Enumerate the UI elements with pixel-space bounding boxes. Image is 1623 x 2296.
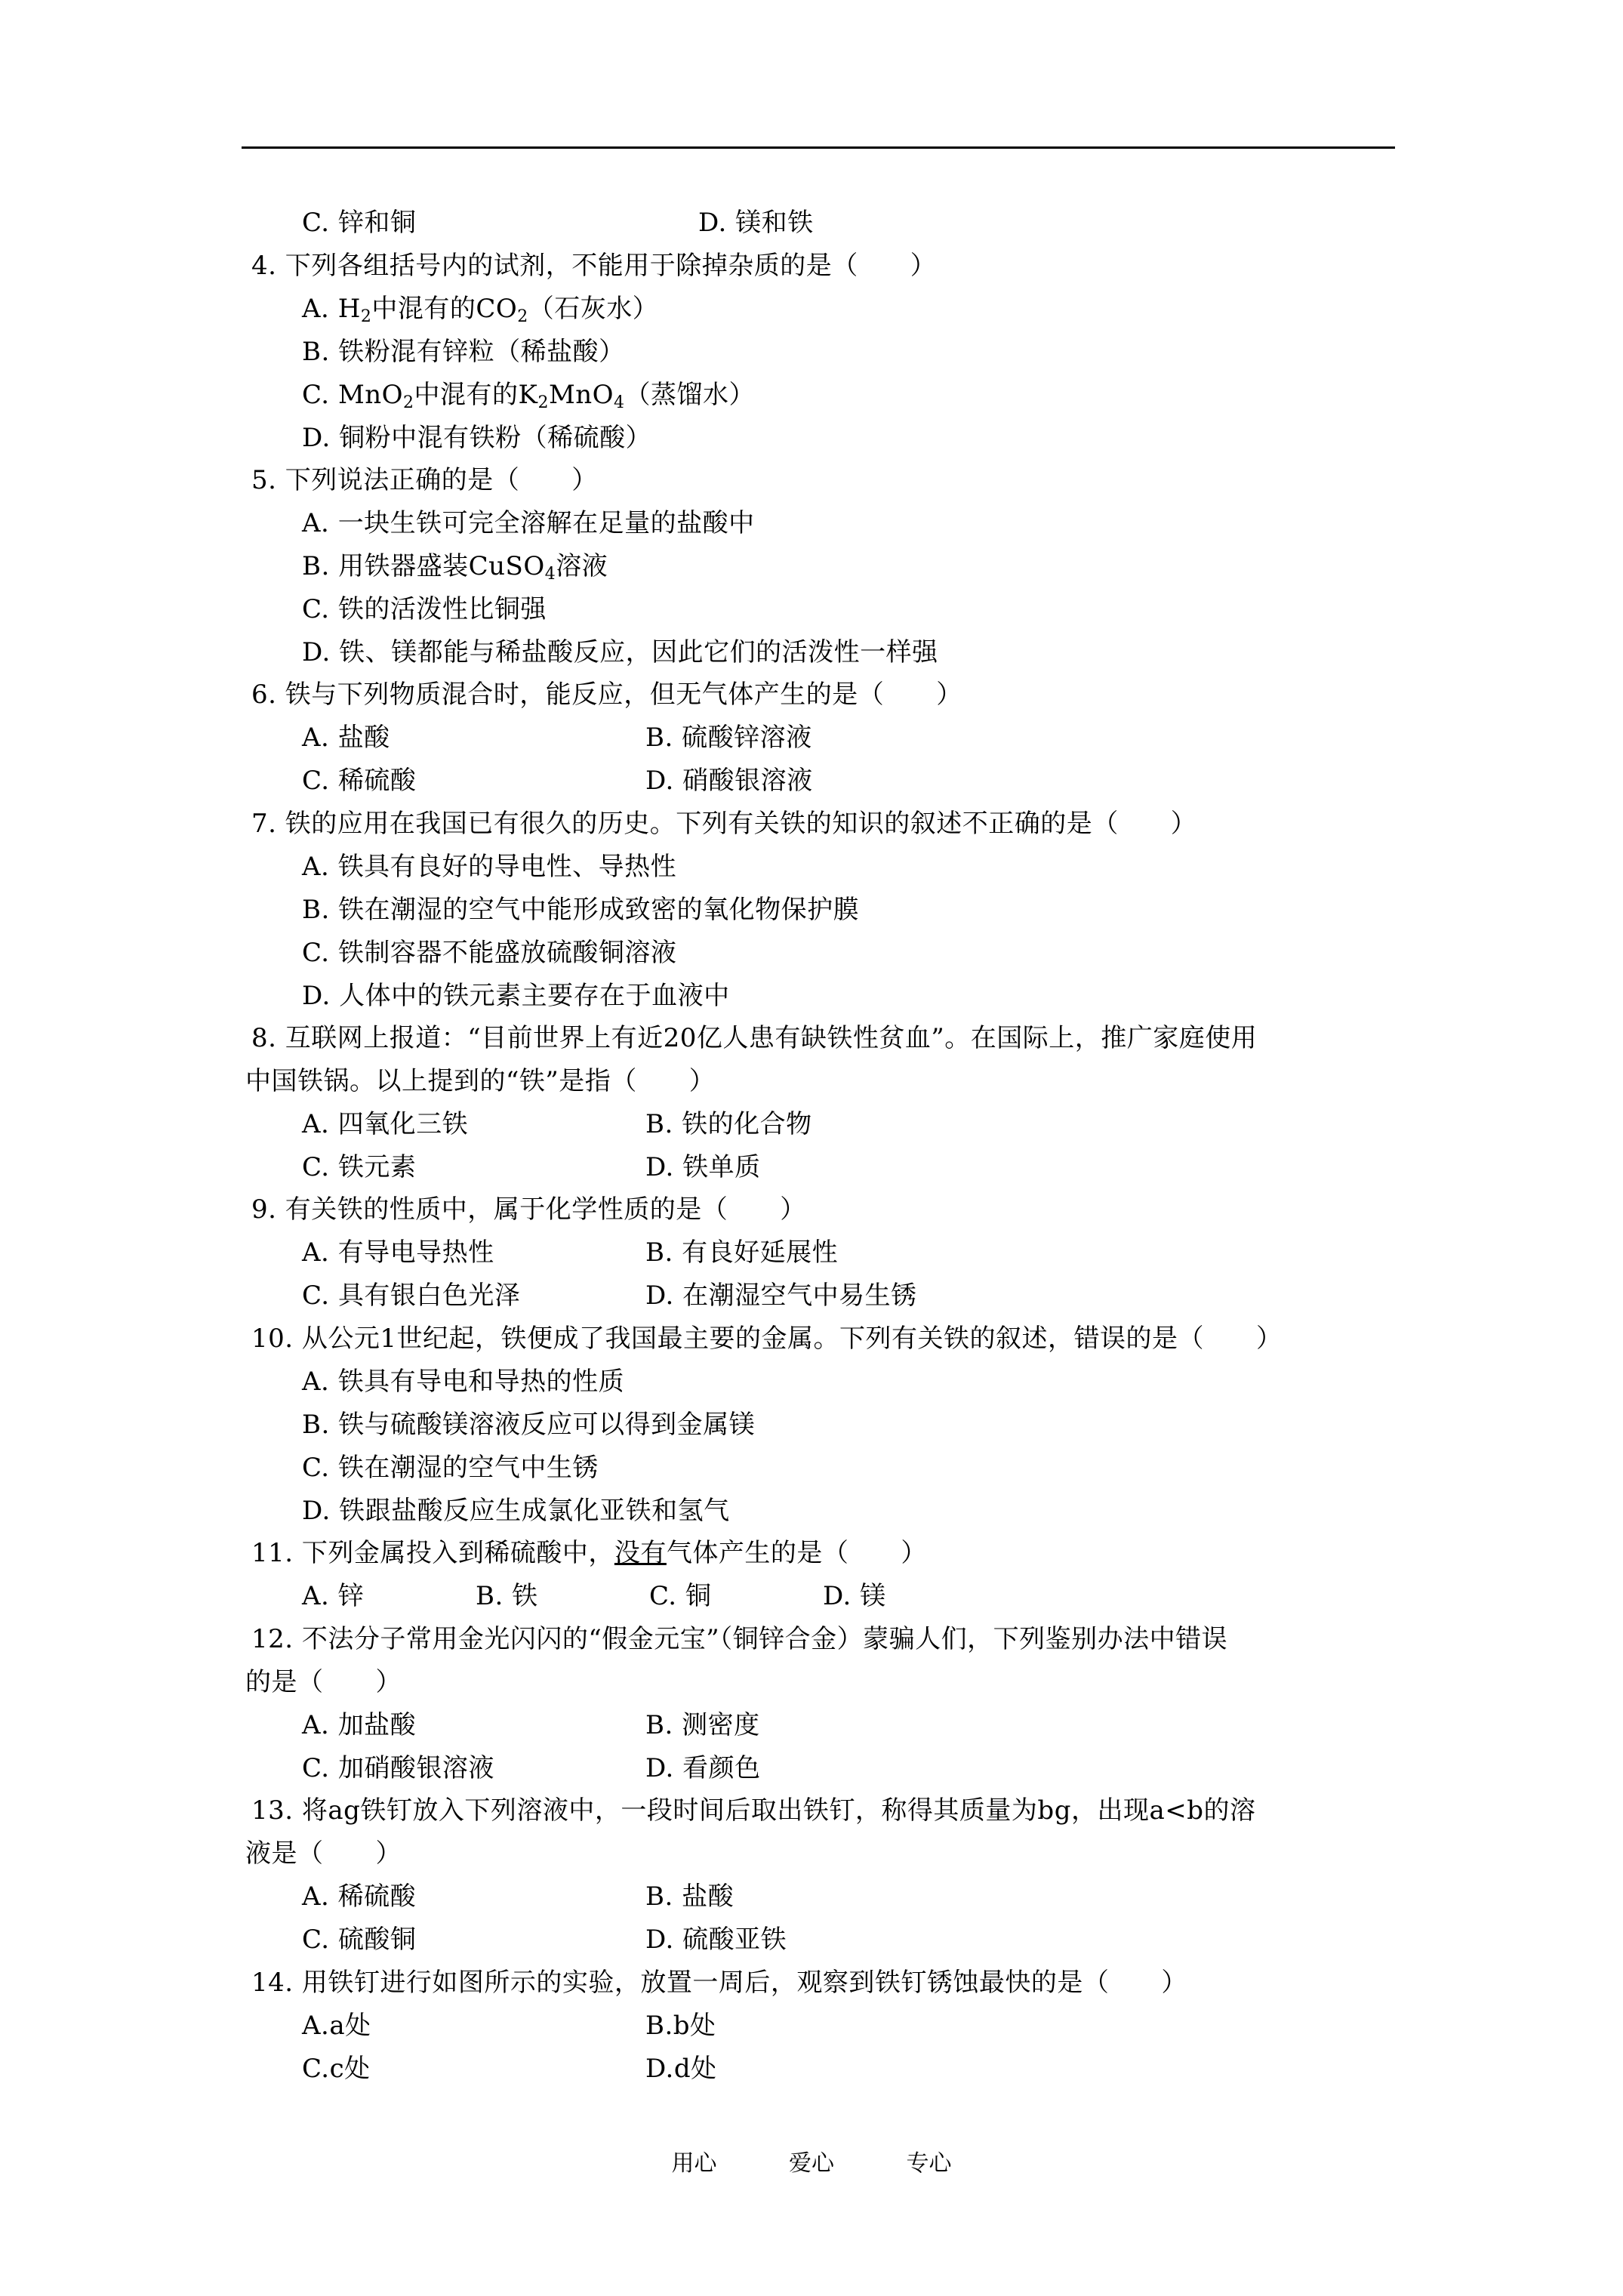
q4-option-b: B. 铁粉混有锌粒（稀盐酸） <box>302 337 625 367</box>
q13-option-a: A. 稀硫酸 <box>302 1881 416 1912</box>
q7-option-a: A. 铁具有良好的导电性、导热性 <box>302 852 676 882</box>
q11-option-a: A. 锌 <box>302 1581 364 1611</box>
q7-option-b: B. 铁在潮湿的空气中能形成致密的氧化物保护膜 <box>302 895 859 925</box>
q4-option-a: A. H2中混有的CO2（石灰水） <box>302 294 658 324</box>
q12-stem-line1: 12. 不法分子常用金光闪闪的“假金元宝”（铜锌合金）蒙骗人们，下列鉴别办法中错… <box>251 1624 1227 1654</box>
q5-option-b: B. 用铁器盛装CuSO4溶液 <box>302 551 608 581</box>
q14-option-c: C.c处 <box>302 2054 371 2084</box>
q3-option-d: D. 镁和铁 <box>698 208 814 238</box>
q11-option-b: B. 铁 <box>476 1581 538 1611</box>
q14-option-b: B.b处 <box>645 2011 716 2041</box>
q4-option-d: D. 铜粉中混有铁粉（稀硫酸） <box>302 423 651 453</box>
q10-option-d: D. 铁跟盐酸反应生成氯化亚铁和氢气 <box>302 1496 730 1526</box>
q7-option-d: D. 人体中的铁元素主要存在于血液中 <box>302 981 730 1011</box>
q6-option-c: C. 稀硫酸 <box>302 766 416 796</box>
q6-option-d: D. 硝酸银溶液 <box>645 766 813 796</box>
q14-stem: 14. 用铁钉进行如图所示的实验，放置一周后，观察到铁钉锈蚀最快的是（ ） <box>251 1968 1187 1998</box>
q9-option-c: C. 具有银白色光泽 <box>302 1281 520 1311</box>
q10-option-b: B. 铁与硫酸镁溶液反应可以得到金属镁 <box>302 1410 755 1440</box>
footer-motto-1: 用心 <box>671 2150 716 2177</box>
q9-option-a: A. 有导电导热性 <box>302 1237 494 1268</box>
q12-option-a: A. 加盐酸 <box>302 1710 416 1740</box>
q8-option-d: D. 铁单质 <box>645 1152 761 1182</box>
q10-option-c: C. 铁在潮湿的空气中生锈 <box>302 1453 599 1483</box>
q11-stem: 11. 下列金属投入到稀硫酸中，没有气体产生的是（ ） <box>251 1538 927 1568</box>
q13-stem-line2: 液是（ ） <box>245 1838 402 1869</box>
q13-stem-line1: 13. 将ag铁钉放入下列溶液中，一段时间后取出铁钉，称得其质量为bg，出现a<… <box>251 1795 1255 1826</box>
q10-stem: 10. 从公元1世纪起，铁便成了我国最主要的金属。下列有关铁的叙述，错误的是（ … <box>251 1324 1283 1354</box>
q6-option-b: B. 硫酸锌溶液 <box>645 723 812 753</box>
q8-stem-line1: 8. 互联网上报道：“目前世界上有近20亿人患有缺铁性贫血”。在国际上，推广家庭… <box>251 1023 1257 1053</box>
underlined-emphasis: 没有 <box>614 1538 667 1568</box>
q5-option-a: A. 一块生铁可完全溶解在足量的盐酸中 <box>302 508 755 538</box>
q4-option-c: C. MnO2中混有的K2MnO4（蒸馏水） <box>302 380 755 410</box>
page-footer: 用心 爱心 专心 <box>0 2144 1623 2177</box>
q9-option-b: B. 有良好延展性 <box>645 1237 838 1268</box>
q8-option-a: A. 四氧化三铁 <box>302 1109 468 1139</box>
header-rule <box>242 146 1395 149</box>
q5-option-d: D. 铁、镁都能与稀盐酸反应，因此它们的活泼性一样强 <box>302 637 938 667</box>
q6-option-a: A. 盐酸 <box>302 723 390 753</box>
q12-stem-line2: 的是（ ） <box>245 1667 402 1697</box>
q11-option-c: C. 铜 <box>649 1581 711 1611</box>
q14-option-a: A.a处 <box>302 2011 371 2041</box>
footer-motto-2: 爱心 <box>789 2150 834 2177</box>
q5-option-c: C. 铁的活泼性比铜强 <box>302 594 547 624</box>
q14-option-d: D.d处 <box>645 2054 717 2084</box>
q9-option-d: D. 在潮湿空气中易生锈 <box>645 1281 917 1311</box>
q13-option-c: C. 硫酸铜 <box>302 1925 416 1955</box>
q7-stem: 7. 铁的应用在我国已有很久的历史。下列有关铁的知识的叙述不正确的是（ ） <box>251 809 1196 839</box>
q8-stem-line2: 中国铁锅。以上提到的“铁”是指（ ） <box>245 1066 715 1096</box>
q11-option-d: D. 镁 <box>823 1581 886 1611</box>
q10-option-a: A. 铁具有导电和导热的性质 <box>302 1367 624 1397</box>
q12-option-d: D. 看颜色 <box>645 1753 761 1783</box>
q4-stem: 4. 下列各组括号内的试剂，不能用于除掉杂质的是（ ） <box>251 251 936 281</box>
q5-stem: 5. 下列说法正确的是（ ） <box>251 465 598 495</box>
q6-stem: 6. 铁与下列物质混合时，能反应，但无气体产生的是（ ） <box>251 680 962 710</box>
q3-option-c: C. 锌和铜 <box>302 208 416 238</box>
q13-option-b: B. 盐酸 <box>645 1881 734 1912</box>
q12-option-b: B. 测密度 <box>645 1710 760 1740</box>
q9-stem: 9. 有关铁的性质中，属于化学性质的是（ ） <box>251 1194 806 1225</box>
q8-option-b: B. 铁的化合物 <box>645 1109 812 1139</box>
q8-option-c: C. 铁元素 <box>302 1152 416 1182</box>
q12-option-c: C. 加硝酸银溶液 <box>302 1753 494 1783</box>
q13-option-d: D. 硫酸亚铁 <box>645 1925 787 1955</box>
q7-option-c: C. 铁制容器不能盛放硫酸铜溶液 <box>302 938 676 968</box>
footer-motto-3: 专心 <box>907 2150 952 2177</box>
